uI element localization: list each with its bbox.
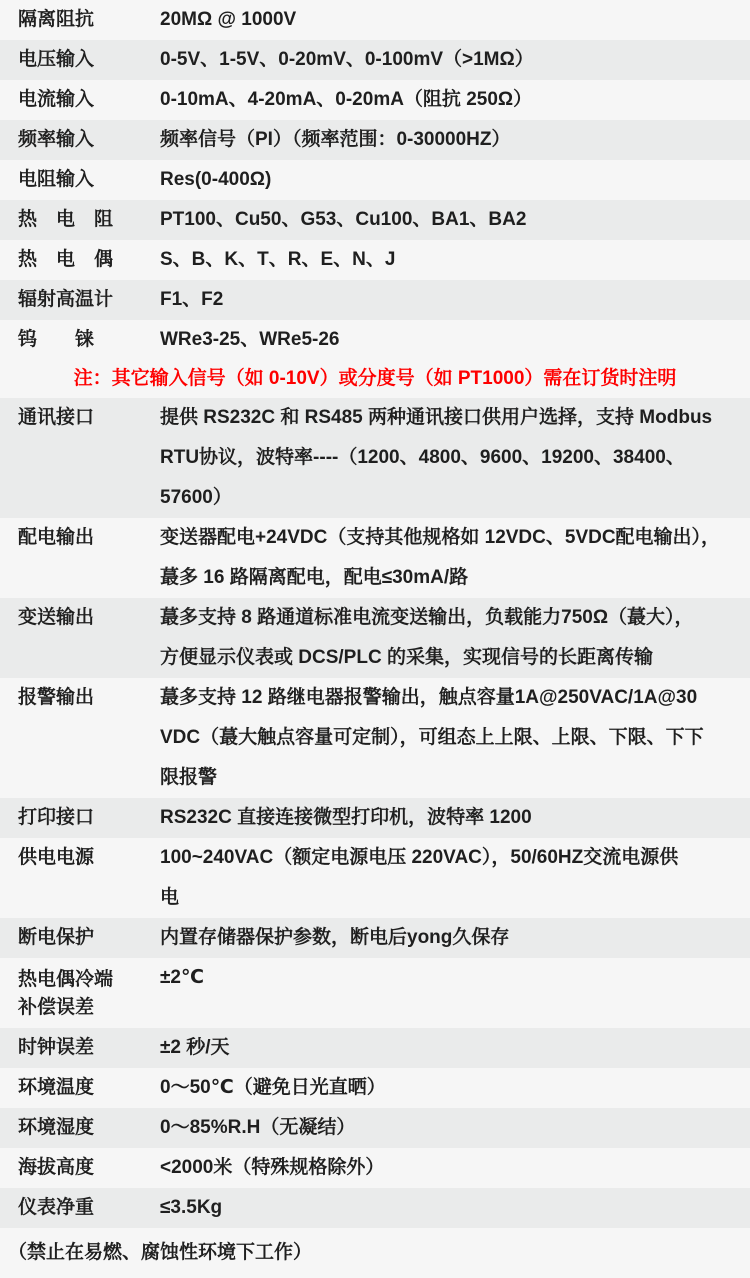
- spec-value: 频率信号（PI）（频率范围：0-30000HZ）: [160, 120, 750, 160]
- spec-value: 变送器配电+24VDC（支持其他规格如 12VDC、5VDC配电输出）， 蕞多 …: [160, 518, 750, 598]
- spec-label: 断电保护: [0, 918, 160, 958]
- row-transmitting-output: 变送输出 蕞多支持 8 路通道标准电流变送输出，负载能力750Ω（蕞大）， 方便…: [0, 598, 750, 678]
- row-radiation-pyrometer: 辐射高温计 F1、F2: [0, 280, 750, 320]
- spec-label: 环境湿度: [0, 1108, 160, 1148]
- order-note: 注：其它输入信号（如 0-10V）或分度号（如 PT1000）需在订货时注明: [0, 360, 750, 398]
- row-ambient-temperature: 环境温度 0～50℃（避免日光直晒）: [0, 1068, 750, 1108]
- spec-label: 电压输入: [0, 40, 160, 80]
- spec-label: 辐射高温计: [0, 280, 160, 320]
- spec-label: 频率输入: [0, 120, 160, 160]
- spec-value: 提供 RS232C 和 RS485 两种通讯接口供用户选择，支持 Modbus …: [160, 398, 750, 518]
- spec-label: 钨 铼: [0, 320, 160, 360]
- spec-value: 0-10mA、4-20mA、0-20mA（阻抗 250Ω）: [160, 80, 750, 120]
- spec-label: 环境温度: [0, 1068, 160, 1108]
- row-resistance-input: 电阻输入 Res(0-400Ω): [0, 160, 750, 200]
- row-printing-interface: 打印接口 RS232C 直接连接微型打印机，波特率 1200: [0, 798, 750, 838]
- spec-value: 蕞多支持 12 路继电器报警输出，触点容量1A@250VAC/1A@30 VDC…: [160, 678, 750, 798]
- row-distribution-output: 配电输出 变送器配电+24VDC（支持其他规格如 12VDC、5VDC配电输出）…: [0, 518, 750, 598]
- row-current-input: 电流输入 0-10mA、4-20mA、0-20mA（阻抗 250Ω）: [0, 80, 750, 120]
- spec-value: ±2℃: [160, 958, 750, 998]
- spec-value: Res(0-400Ω): [160, 160, 750, 200]
- spec-value: ±2 秒/天: [160, 1028, 750, 1068]
- row-altitude: 海拔高度 <2000米（特殊规格除外）: [0, 1148, 750, 1188]
- row-communication-interface: 通讯接口 提供 RS232C 和 RS485 两种通讯接口供用户选择，支持 Mo…: [0, 398, 750, 518]
- spec-value: 20MΩ @ 1000V: [160, 0, 750, 40]
- row-clock-error: 时钟误差 ±2 秒/天: [0, 1028, 750, 1068]
- spec-value: 0～85%R.H（无凝结）: [160, 1108, 750, 1148]
- spec-label: 时钟误差: [0, 1028, 160, 1068]
- row-power-supply: 供电电源 100~240VAC（额定电源电压 220VAC），50/60HZ交流…: [0, 838, 750, 918]
- spec-label: 通讯接口: [0, 398, 160, 438]
- spec-value: ≤3.5Kg: [160, 1188, 750, 1228]
- row-frequency-input: 频率输入 频率信号（PI）（频率范围：0-30000HZ）: [0, 120, 750, 160]
- row-voltage-input: 电压输入 0-5V、1-5V、0-20mV、0-100mV（>1MΩ）: [0, 40, 750, 80]
- row-instrument-net-weight: 仪表净重 ≤3.5Kg: [0, 1188, 750, 1228]
- spec-label: 热 电 阻: [0, 200, 160, 240]
- spec-label: 电流输入: [0, 80, 160, 120]
- row-power-off-protection: 断电保护 内置存储器保护参数，断电后yong久保存: [0, 918, 750, 958]
- spec-value: 内置存储器保护参数，断电后yong久保存: [160, 918, 750, 958]
- row-isolation-impedance: 隔离阻抗 20MΩ @ 1000V: [0, 0, 750, 40]
- footer-warning: （禁止在易燃、腐蚀性环境下工作）: [0, 1228, 750, 1278]
- spec-label: 变送输出: [0, 598, 160, 638]
- spec-table: 隔离阻抗 20MΩ @ 1000V 电压输入 0-5V、1-5V、0-20mV、…: [0, 0, 750, 1278]
- spec-label: 热 电 偶: [0, 240, 160, 280]
- spec-label: 打印接口: [0, 798, 160, 838]
- row-ambient-humidity: 环境湿度 0～85%R.H（无凝结）: [0, 1108, 750, 1148]
- spec-label: 供电电源: [0, 838, 160, 878]
- spec-value: 蕞多支持 8 路通道标准电流变送输出，负载能力750Ω（蕞大）， 方便显示仪表或…: [160, 598, 750, 678]
- row-thermocouple: 热 电 偶 S、B、K、T、R、E、N、J: [0, 240, 750, 280]
- spec-label: 配电输出: [0, 518, 160, 558]
- spec-label: 电阻输入: [0, 160, 160, 200]
- row-alarm-output: 报警输出 蕞多支持 12 路继电器报警输出，触点容量1A@250VAC/1A@3…: [0, 678, 750, 798]
- spec-value: 0～50℃（避免日光直晒）: [160, 1068, 750, 1108]
- spec-value: WRe3-25、WRe5-26: [160, 320, 750, 360]
- spec-value: 100~240VAC（额定电源电压 220VAC），50/60HZ交流电源供 电: [160, 838, 750, 918]
- spec-value: F1、F2: [160, 280, 750, 320]
- row-thermal-resistance: 热 电 阻 PT100、Cu50、G53、Cu100、BA1、BA2: [0, 200, 750, 240]
- spec-value: <2000米（特殊规格除外）: [160, 1148, 750, 1188]
- spec-label: 报警输出: [0, 678, 160, 718]
- spec-label: 仪表净重: [0, 1188, 160, 1228]
- row-cold-junction-compensation-error: 热电偶冷端 补偿误差 ±2℃: [0, 958, 750, 1028]
- spec-value: RS232C 直接连接微型打印机，波特率 1200: [160, 798, 750, 838]
- footer-warning-text: （禁止在易燃、腐蚀性环境下工作）: [0, 1228, 750, 1278]
- spec-value: PT100、Cu50、G53、Cu100、BA1、BA2: [160, 200, 750, 240]
- spec-label: 海拔高度: [0, 1148, 160, 1188]
- order-note-text: 注：其它输入信号（如 0-10V）或分度号（如 PT1000）需在订货时注明: [0, 360, 750, 398]
- spec-value: S、B、K、T、R、E、N、J: [160, 240, 750, 280]
- spec-label: 隔离阻抗: [0, 0, 160, 40]
- spec-label: 热电偶冷端 补偿误差: [0, 958, 160, 1028]
- row-tungsten-rhenium: 钨 铼 WRe3-25、WRe5-26: [0, 320, 750, 360]
- spec-value: 0-5V、1-5V、0-20mV、0-100mV（>1MΩ）: [160, 40, 750, 80]
